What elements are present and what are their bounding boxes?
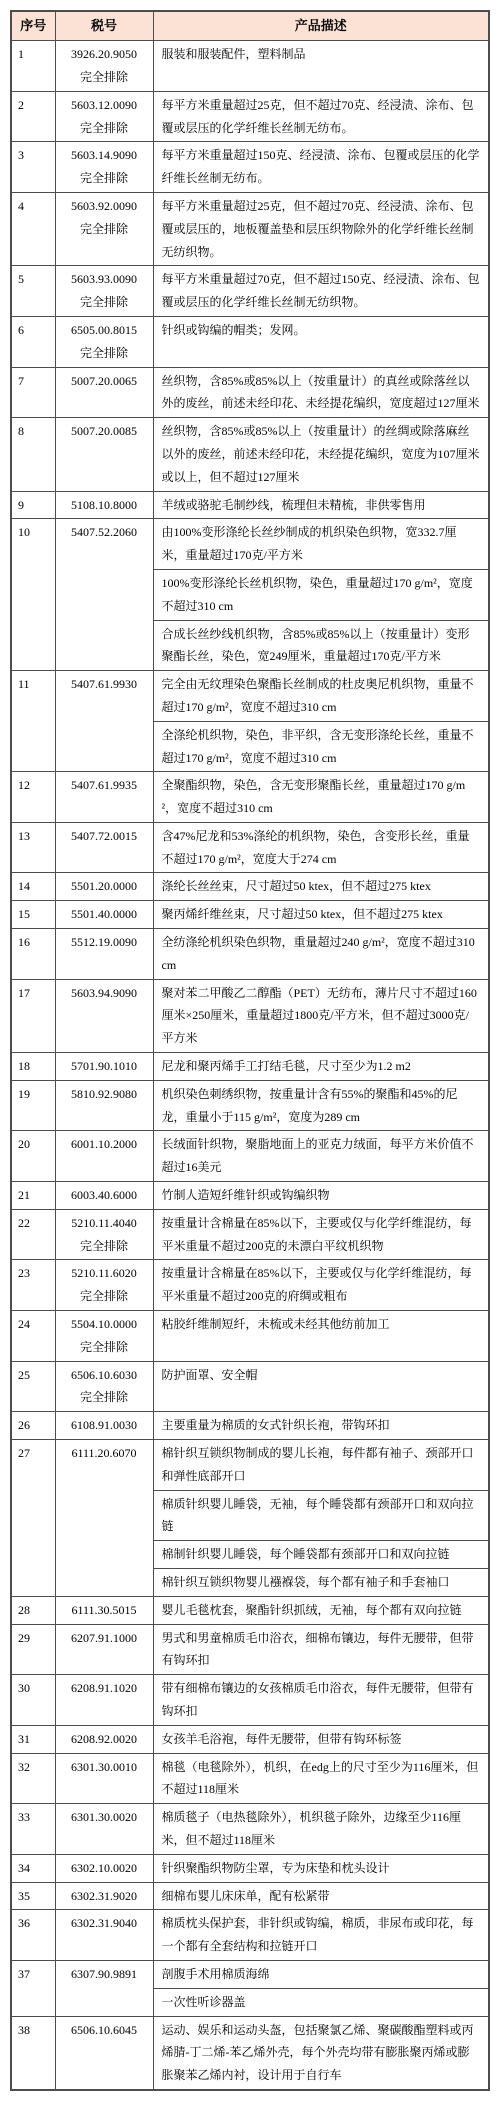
tax-code-cell: 5501.40.0000: [55, 901, 153, 929]
description-item: 每平方米重量超过25克，但不超过70克、经浸渍、涂布、包覆或层压的化学纤维长丝制…: [154, 92, 489, 142]
tax-code-cell: 5603.94.9090: [55, 979, 153, 1052]
row-number-cell: 24: [11, 1311, 55, 1362]
tax-code: 5701.90.1010: [58, 1055, 151, 1078]
row-number-cell: 28: [11, 1596, 55, 1624]
table-row: 376307.90.9891剖腹手术用棉质海绵一次性听诊器盖: [11, 1960, 489, 2016]
tax-code-cell: 6208.91.1020: [55, 1675, 153, 1726]
row-number-cell: 7: [11, 367, 55, 418]
product-description-cell: 服装和服装配件，塑料制品: [153, 41, 489, 92]
tax-code: 5007.20.0085: [58, 420, 151, 443]
row-number-cell: 21: [11, 1182, 55, 1210]
tax-code-cell: 5210.11.4040完全排除: [55, 1209, 153, 1260]
exclusion-label: 完全排除: [58, 66, 151, 89]
row-number-cell: 37: [11, 1960, 55, 2016]
tax-code: 6301.30.0020: [58, 1806, 151, 1829]
product-description-cell: 含47%尼龙和53%涤纶的机织物，染色，含变形长丝，重量不超过170 g/m²，…: [153, 822, 489, 873]
tax-code: 5407.72.0015: [58, 825, 151, 848]
tax-code: 3926.20.9050: [58, 43, 151, 66]
tax-code-cell: 5603.12.0090完全排除: [55, 91, 153, 142]
description-item: 丝织物，含85%或85%以上（按重量计）的真丝或除落丝以外的废丝，前述未经印花、…: [154, 368, 489, 418]
tax-code: 6207.91.1000: [58, 1627, 151, 1650]
description-item: 聚丙烯纤维丝束，尺寸超过50 ktex，但不超过275 ktex: [154, 901, 489, 928]
table-row: 95108.10.8000羊绒或骆驼毛制纱线，梳理但未精梳，非供零售用: [11, 491, 489, 519]
product-description-cell: 每平方米重量超过25克，但不超过70克、经浸渍、涂布、包覆或层压的化学纤维长丝制…: [153, 91, 489, 142]
table-body: 13926.20.9050完全排除服装和服装配件，塑料制品25603.12.00…: [11, 41, 489, 2090]
product-description-cell: 机织染色刺绣织物，按重量计含有55%的聚酯和45%的尼龙，重量小于115 g/m…: [153, 1080, 489, 1131]
row-number-cell: 32: [11, 1753, 55, 1804]
description-item: 全涤纶机织物，染色，非平织，含无变形涤纶长丝，重量不超过170 g/m²，宽度不…: [154, 721, 489, 772]
description-item: 棉制针织婴儿睡袋，每个睡袋都有颈部开口和双向拉链: [154, 1540, 489, 1568]
row-number-cell: 11: [11, 671, 55, 772]
tax-code-cell: 6307.90.9891: [55, 1960, 153, 2016]
description-item: 一次性听诊器盖: [154, 1988, 489, 2016]
tax-code: 5512.19.0090: [58, 931, 151, 954]
description-item: 男式和男童棉质毛巾浴衣，细棉布镶边，每件无腰带，但带有钩环扣: [154, 1625, 489, 1675]
table-row: 55603.93.0090完全排除每平方米重量超过70克，但不超过150克、经浸…: [11, 266, 489, 317]
table-row: 155501.40.0000聚丙烯纤维丝束，尺寸超过50 ktex，但不超过27…: [11, 901, 489, 929]
tax-code-cell: 3926.20.9050完全排除: [55, 41, 153, 92]
tax-code-cell: 5603.93.0090完全排除: [55, 266, 153, 317]
table-row: 386506.10.6045运动、娱乐和运动头盔，包括聚氯乙烯、聚碳酸酯塑料或丙…: [11, 2016, 489, 2090]
table-row: 25603.12.0090完全排除每平方米重量超过25克，但不超过70克、经浸渍…: [11, 91, 489, 142]
tax-code-cell: 5501.20.0000: [55, 873, 153, 901]
description-item: 运动、娱乐和运动头盔，包括聚氯乙烯、聚碳酸酯塑料或丙烯腈-丁二烯-苯乙烯外壳，每…: [154, 2017, 489, 2089]
table-row: 316208.92.0020女孩羊毛浴袍，每件无腰带，但带有钩环标签: [11, 1725, 489, 1753]
tax-code: 5810.92.9080: [58, 1083, 151, 1106]
tax-code: 6302.31.9040: [58, 1912, 151, 1935]
table-row: 185701.90.1010尼龙和聚丙烯手工打结毛毯，尺寸至少为1.2 m2: [11, 1053, 489, 1081]
row-number-cell: 10: [11, 519, 55, 671]
description-item: 全纺涤纶机织染色织物，重量超过240 g/m²，宽度不超过310 cm: [154, 929, 489, 979]
tax-code: 6301.30.0010: [58, 1756, 151, 1779]
tax-code-cell: 6506.10.6030完全排除: [55, 1361, 153, 1412]
table-row: 326301.30.0010棉毯（电毯除外），机织，在edg上的尺寸至少为116…: [11, 1753, 489, 1804]
row-number-cell: 20: [11, 1131, 55, 1182]
tax-code-cell: 6208.92.0020: [55, 1725, 153, 1753]
product-description-cell: 粘胶纤维制短纤，未梳或未经其他纺前加工: [153, 1311, 489, 1362]
tax-code: 5603.12.0090: [58, 94, 151, 117]
product-description-cell: 针织或钩编的帽类；发网。: [153, 316, 489, 367]
product-description-cell: 婴儿毛毯枕套，聚酯针织抓绒，无袖，每个都有双向拉链: [153, 1596, 489, 1624]
product-description-cell: 男式和男童棉质毛巾浴衣，细棉布镶边，每件无腰带，但带有钩环扣: [153, 1624, 489, 1675]
tax-code-cell: 6301.30.0010: [55, 1753, 153, 1804]
table-row: 296207.91.1000男式和男童棉质毛巾浴衣，细棉布镶边，每件无腰带，但带…: [11, 1624, 489, 1675]
tax-code-cell: 5512.19.0090: [55, 929, 153, 980]
table-row: 75007.20.0065丝织物，含85%或85%以上（按重量计）的真丝或除落丝…: [11, 367, 489, 418]
tax-code: 5407.61.9930: [58, 673, 151, 696]
tax-code: 5407.52.2060: [58, 521, 151, 544]
row-number-cell: 35: [11, 1882, 55, 1910]
tax-code: 6001.10.2000: [58, 1133, 151, 1156]
tax-code-cell: 5007.20.0085: [55, 418, 153, 491]
tax-code-cell: 6506.10.6045: [55, 2016, 153, 2090]
row-number-cell: 3: [11, 142, 55, 193]
tax-code-cell: 5407.61.9935: [55, 772, 153, 823]
row-number-cell: 23: [11, 1260, 55, 1311]
tax-code: 5210.11.4040: [58, 1212, 151, 1235]
tax-code-cell: 6111.20.6070: [55, 1440, 153, 1597]
row-number-cell: 27: [11, 1440, 55, 1597]
tax-code: 6111.30.5015: [58, 1599, 151, 1622]
tax-code: 5603.94.9090: [58, 982, 151, 1005]
tax-code: 6003.40.6000: [58, 1184, 151, 1207]
tax-code-cell: 5407.61.9930: [55, 671, 153, 772]
table-row: 225210.11.4040完全排除按重量计含棉量在85%以下，主要或仅与化学纤…: [11, 1209, 489, 1260]
description-item: 100%变形涤纶长丝机织物，染色，重量超过170 g/m²，宽度不超过310 c…: [154, 569, 489, 620]
description-item: 按重量计含棉量在85%以下，主要或仅与化学纤维混纺，每平米重量不超过200克的未…: [154, 1210, 489, 1260]
tax-code-cell: 5603.92.0090完全排除: [55, 192, 153, 265]
tax-code: 6108.91.0030: [58, 1414, 151, 1437]
table-row: 165512.19.0090全纺涤纶机织染色织物，重量超过240 g/m²，宽度…: [11, 929, 489, 980]
description-item: 涤纶长丝丝束，尺寸超过50 ktex，但不超过275 ktex: [154, 873, 489, 900]
description-item: 棉质针织婴儿睡袋，无袖，每个睡袋都有颈部开口和双向拉链: [154, 1490, 489, 1541]
product-description-cell: 棉毯（电毯除外），机织，在edg上的尺寸至少为116厘米，但不超过118厘米: [153, 1753, 489, 1804]
row-number-cell: 26: [11, 1412, 55, 1440]
product-description-cell: 带有细棉布镶边的女孩棉质毛巾浴衣，每件无腰带，但带有钩环扣: [153, 1675, 489, 1726]
table-row: 235210.11.6020完全排除按重量计含棉量在85%以下，主要或仅与化学纤…: [11, 1260, 489, 1311]
exclusion-label: 完全排除: [58, 117, 151, 140]
exclusion-label: 完全排除: [58, 218, 151, 241]
product-description-cell: 丝织物，含85%或85%以上（按重量计）的真丝或除落丝以外的废丝，前述未经印花、…: [153, 367, 489, 418]
row-number-cell: 31: [11, 1725, 55, 1753]
row-number-cell: 13: [11, 822, 55, 873]
table-row: 336301.30.0020棉质毯子（电热毯除外），机织毯子除外，边缘至少116…: [11, 1804, 489, 1855]
product-description-cell: 每平方米重量超过70克，但不超过150克、经浸渍、涂布、包覆或层压的化学纤维长丝…: [153, 266, 489, 317]
table-row: 85007.20.0085丝织物，含85%或85%以上（按重量计）的丝绸或除落麻…: [11, 418, 489, 491]
description-item: 尼龙和聚丙烯手工打结毛毯，尺寸至少为1.2 m2: [154, 1053, 489, 1080]
row-number-cell: 18: [11, 1053, 55, 1081]
tax-code-cell: 5701.90.1010: [55, 1053, 153, 1081]
table-row: 175603.94.9090聚对苯二甲酸乙二醇酯（PET）无纺布，薄片尺寸不超过…: [11, 979, 489, 1052]
description-item: 合成长丝纱线机织物，含85%或85%以上（按重量计）变形聚酯长丝，染色，宽249…: [154, 620, 489, 671]
table-row: 276111.20.6070棉针织互锁织物制成的婴儿长袍，每件都有袖子、颈部开口…: [11, 1440, 489, 1597]
description-item: 棉质毯子（电热毯除外），机织毯子除外，边缘至少116厘米，但不超过118厘米: [154, 1804, 489, 1854]
table-row: 145501.20.0000涤纶长丝丝束，尺寸超过50 ktex，但不超过275…: [11, 873, 489, 901]
row-number-cell: 2: [11, 91, 55, 142]
description-item: 含47%尼龙和53%涤纶的机织物，染色，含变形长丝，重量不超过170 g/m²，…: [154, 823, 489, 873]
product-description-cell: 运动、娱乐和运动头盔，包括聚氯乙烯、聚碳酸酯塑料或丙烯腈-丁二烯-苯乙烯外壳，每…: [153, 2016, 489, 2090]
product-description-cell: 防护面罩、安全帽: [153, 1361, 489, 1412]
product-description-cell: 聚丙烯纤维丝束，尺寸超过50 ktex，但不超过275 ktex: [153, 901, 489, 929]
exclusion-label: 完全排除: [58, 167, 151, 190]
tax-code-cell: 5210.11.6020完全排除: [55, 1260, 153, 1311]
description-item: 每平方米重量超过150克、经浸渍、涂布、包覆或层压的化学纤维长丝制无纺布。: [154, 142, 489, 192]
tax-code-cell: 6108.91.0030: [55, 1412, 153, 1440]
product-description-cell: 剖腹手术用棉质海绵一次性听诊器盖: [153, 1960, 489, 2016]
description-item: 每平方米重量超过25克，但不超过70克、经浸渍、涂布、包覆或层压的，地板覆盖垫和…: [154, 193, 489, 265]
row-number-cell: 38: [11, 2016, 55, 2090]
tax-code: 5007.20.0065: [58, 370, 151, 393]
table-row: 125407.61.9935全聚酯织物，染色，含无变形聚酯长丝，重量超过170 …: [11, 772, 489, 823]
description-item: 服装和服装配件，塑料制品: [154, 41, 489, 68]
table-row: 105407.52.2060由100%变形涤纶长丝纱制成的机织染色织物，宽332…: [11, 519, 489, 671]
tax-code: 6208.92.0020: [58, 1728, 151, 1751]
description-item: 剖腹手术用棉质海绵: [154, 1961, 489, 1988]
column-header-no: 序号: [11, 11, 55, 41]
description-item: 细棉布婴儿床床单，配有松紧带: [154, 1883, 489, 1910]
table-row: 356302.31.9020细棉布婴儿床床单，配有松紧带: [11, 1882, 489, 1910]
tax-code: 5407.61.9935: [58, 774, 151, 797]
row-number-cell: 19: [11, 1080, 55, 1131]
tax-code-cell: 6301.30.0020: [55, 1804, 153, 1855]
product-description-cell: 每平方米重量超过150克、经浸渍、涂布、包覆或层压的化学纤维长丝制无纺布。: [153, 142, 489, 193]
product-description-cell: 棉针织互锁织物制成的婴儿长袍，每件都有袖子、颈部开口和弹性底部开口棉质针织婴儿睡…: [153, 1440, 489, 1597]
description-item: 全聚酯织物，染色，含无变形聚酯长丝，重量超过170 g/m²，宽度不超过310 …: [154, 772, 489, 822]
product-description-cell: 完全由无纹理染色聚酯长丝制成的杜皮奥尼机织物，重量不超过170 g/m²，宽度不…: [153, 671, 489, 772]
product-description-cell: 女孩羊毛浴袍，每件无腰带，但带有钩环标签: [153, 1725, 489, 1753]
product-description-cell: 由100%变形涤纶长丝纱制成的机织染色织物，宽332.7厘米，重量超过170克/…: [153, 519, 489, 671]
description-item: 完全由无纹理染色聚酯长丝制成的杜皮奥尼机织物，重量不超过170 g/m²，宽度不…: [154, 671, 489, 721]
tax-code-cell: 6003.40.6000: [55, 1182, 153, 1210]
table-row: 256506.10.6030完全排除防护面罩、安全帽: [11, 1361, 489, 1412]
tax-code: 6307.90.9891: [58, 1963, 151, 1986]
description-item: 每平方米重量超过70克，但不超过150克、经浸渍、涂布、包覆或层压的化学纤维长丝…: [154, 266, 489, 316]
tariff-table: 序号 税号 产品描述 13926.20.9050完全排除服装和服装配件，塑料制品…: [10, 10, 490, 2091]
product-description-cell: 主要重量为棉质的女式针织长袍，带钩环扣: [153, 1412, 489, 1440]
description-item: 棉针织互锁织物制成的婴儿长袍，每件都有袖子、颈部开口和弹性底部开口: [154, 1440, 489, 1490]
tax-code-cell: 6111.30.5015: [55, 1596, 153, 1624]
description-item: 长绒面针织物，聚脂地面上的亚克力绒面，每平方米价值不超过16美元: [154, 1131, 489, 1181]
tax-code: 5501.40.0000: [58, 903, 151, 926]
tax-code-cell: 5810.92.9080: [55, 1080, 153, 1131]
tax-code-cell: 5407.52.2060: [55, 519, 153, 671]
description-item: 棉毯（电毯除外），机织，在edg上的尺寸至少为116厘米，但不超过118厘米: [154, 1754, 489, 1804]
tax-code: 6505.00.8015: [58, 319, 151, 342]
table-row: 216003.40.6000竹制人造短纤维针织或钩编织物: [11, 1182, 489, 1210]
column-header-code: 税号: [55, 11, 153, 41]
tax-code-cell: 5007.20.0065: [55, 367, 153, 418]
tax-code: 5504.10.0000: [58, 1313, 151, 1336]
table-row: 135407.72.0015含47%尼龙和53%涤纶的机织物，染色，含变形长丝，…: [11, 822, 489, 873]
header-row: 序号 税号 产品描述: [11, 11, 489, 41]
tax-code: 6506.10.6045: [58, 2019, 151, 2042]
row-number-cell: 6: [11, 316, 55, 367]
row-number-cell: 22: [11, 1209, 55, 1260]
product-description-cell: 每平方米重量超过25克，但不超过70克、经浸渍、涂布、包覆或层压的，地板覆盖垫和…: [153, 192, 489, 265]
column-header-desc: 产品描述: [153, 11, 489, 41]
tax-code: 5108.10.8000: [58, 494, 151, 517]
exclusion-label: 完全排除: [58, 1285, 151, 1308]
tax-code: 5210.11.6020: [58, 1262, 151, 1285]
description-item: 带有细棉布镶边的女孩棉质毛巾浴衣，每件无腰带，但带有钩环扣: [154, 1675, 489, 1725]
table-row: 306208.91.1020带有细棉布镶边的女孩棉质毛巾浴衣，每件无腰带，但带有…: [11, 1675, 489, 1726]
tax-code: 5603.14.9090: [58, 144, 151, 167]
tax-code: 6302.31.9020: [58, 1885, 151, 1908]
product-description-cell: 长绒面针织物，聚脂地面上的亚克力绒面，每平方米价值不超过16美元: [153, 1131, 489, 1182]
tax-code-cell: 5108.10.8000: [55, 491, 153, 519]
description-item: 棉质枕头保护套，非针织或钩编，棉质，非尿布或印花，每一个都有全套结构和拉链开口: [154, 1910, 489, 1960]
row-number-cell: 34: [11, 1854, 55, 1882]
row-number-cell: 29: [11, 1624, 55, 1675]
tax-code-cell: 6207.91.1000: [55, 1624, 153, 1675]
row-number-cell: 1: [11, 41, 55, 92]
product-description-cell: 按重量计含棉量在85%以下，主要或仅与化学纤维混纺，每平米重量不超过200克的未…: [153, 1209, 489, 1260]
row-number-cell: 16: [11, 929, 55, 980]
exclusion-label: 完全排除: [58, 342, 151, 365]
product-description-cell: 涤纶长丝丝束，尺寸超过50 ktex，但不超过275 ktex: [153, 873, 489, 901]
product-description-cell: 针织聚酯织物防尘罩，专为床垫和枕头设计: [153, 1854, 489, 1882]
tax-code: 6302.10.0020: [58, 1857, 151, 1880]
tax-code: 5603.92.0090: [58, 195, 151, 218]
description-item: 婴儿毛毯枕套，聚酯针织抓绒，无袖，每个都有双向拉链: [154, 1597, 489, 1624]
row-number-cell: 9: [11, 491, 55, 519]
tax-code-cell: 5407.72.0015: [55, 822, 153, 873]
row-number-cell: 4: [11, 192, 55, 265]
tax-code: 6506.10.6030: [58, 1364, 151, 1387]
description-item: 针织或钩编的帽类；发网。: [154, 317, 489, 344]
table-row: 115407.61.9930完全由无纹理染色聚酯长丝制成的杜皮奥尼机织物，重量不…: [11, 671, 489, 772]
tax-code: 6208.91.1020: [58, 1677, 151, 1700]
tax-code: 5603.93.0090: [58, 268, 151, 291]
tax-code-cell: 6302.31.9040: [55, 1910, 153, 1961]
description-item: 由100%变形涤纶长丝纱制成的机织染色织物，宽332.7厘米，重量超过170克/…: [154, 519, 489, 569]
table-row: 35603.14.9090完全排除每平方米重量超过150克、经浸渍、涂布、包覆或…: [11, 142, 489, 193]
exclusion-label: 完全排除: [58, 1386, 151, 1409]
tax-code: 5501.20.0000: [58, 875, 151, 898]
exclusion-label: 完全排除: [58, 291, 151, 314]
tax-code-cell: 5603.14.9090完全排除: [55, 142, 153, 193]
description-item: 针织聚酯织物防尘罩，专为床垫和枕头设计: [154, 1855, 489, 1882]
table-row: 346302.10.0020针织聚酯织物防尘罩，专为床垫和枕头设计: [11, 1854, 489, 1882]
product-description-cell: 棉质毯子（电热毯除外），机织毯子除外，边缘至少116厘米，但不超过118厘米: [153, 1804, 489, 1855]
row-number-cell: 17: [11, 979, 55, 1052]
row-number-cell: 8: [11, 418, 55, 491]
description-item: 粘胶纤维制短纤，未梳或未经其他纺前加工: [154, 1311, 489, 1338]
description-item: 羊绒或骆驼毛制纱线，梳理但未精梳，非供零售用: [154, 492, 489, 519]
row-number-cell: 36: [11, 1910, 55, 1961]
table-row: 245504.10.0000完全排除粘胶纤维制短纤，未梳或未经其他纺前加工: [11, 1311, 489, 1362]
product-description-cell: 全纺涤纶机织染色织物，重量超过240 g/m²，宽度不超过310 cm: [153, 929, 489, 980]
table-row: 13926.20.9050完全排除服装和服装配件，塑料制品: [11, 41, 489, 92]
row-number-cell: 12: [11, 772, 55, 823]
description-item: 机织染色刺绣织物，按重量计含有55%的聚酯和45%的尼龙，重量小于115 g/m…: [154, 1081, 489, 1131]
tax-code: 6111.20.6070: [58, 1442, 151, 1465]
table-row: 45603.92.0090完全排除每平方米重量超过25克，但不超过70克、经浸渍…: [11, 192, 489, 265]
description-item: 女孩羊毛浴袍，每件无腰带，但带有钩环标签: [154, 1726, 489, 1753]
description-item: 棉针织互锁织物婴儿襁褓袋，每个都有袖子和手套袖口: [154, 1568, 489, 1596]
product-description-cell: 丝织物，含85%或85%以上（按重量计）的丝绸或除落麻丝以外的废丝，前述未经印花…: [153, 418, 489, 491]
product-description-cell: 棉质枕头保护套，非针织或钩编，棉质，非尿布或印花，每一个都有全套结构和拉链开口: [153, 1910, 489, 1961]
tax-code-cell: 6302.31.9020: [55, 1882, 153, 1910]
table-row: 266108.91.0030主要重量为棉质的女式针织长袍，带钩环扣: [11, 1412, 489, 1440]
description-item: 聚对苯二甲酸乙二醇酯（PET）无纺布，薄片尺寸不超过160厘米×250厘米，重量…: [154, 980, 489, 1052]
table-row: 195810.92.9080机织染色刺绣织物，按重量计含有55%的聚酯和45%的…: [11, 1080, 489, 1131]
description-item: 竹制人造短纤维针织或钩编织物: [154, 1182, 489, 1209]
description-item: 防护面罩、安全帽: [154, 1362, 489, 1389]
description-item: 主要重量为棉质的女式针织长袍，带钩环扣: [154, 1412, 489, 1439]
table-row: 206001.10.2000长绒面针织物，聚脂地面上的亚克力绒面，每平方米价值不…: [11, 1131, 489, 1182]
row-number-cell: 14: [11, 873, 55, 901]
product-description-cell: 全聚酯织物，染色，含无变形聚酯长丝，重量超过170 g/m²，宽度不超过310 …: [153, 772, 489, 823]
tax-code-cell: 6302.10.0020: [55, 1854, 153, 1882]
product-description-cell: 羊绒或骆驼毛制纱线，梳理但未精梳，非供零售用: [153, 491, 489, 519]
table-row: 66505.00.8015完全排除针织或钩编的帽类；发网。: [11, 316, 489, 367]
product-description-cell: 聚对苯二甲酸乙二醇酯（PET）无纺布，薄片尺寸不超过160厘米×250厘米，重量…: [153, 979, 489, 1052]
tax-code-cell: 6001.10.2000: [55, 1131, 153, 1182]
exclusion-label: 完全排除: [58, 1235, 151, 1258]
product-description-cell: 尼龙和聚丙烯手工打结毛毯，尺寸至少为1.2 m2: [153, 1053, 489, 1081]
row-number-cell: 33: [11, 1804, 55, 1855]
description-item: 丝织物，含85%或85%以上（按重量计）的丝绸或除落麻丝以外的废丝，前述未经印花…: [154, 418, 489, 490]
product-description-cell: 按重量计含棉量在85%以下，主要或仅与化学纤维混纺，每平米重量不超过200克的府…: [153, 1260, 489, 1311]
exclusion-label: 完全排除: [58, 1336, 151, 1359]
row-number-cell: 30: [11, 1675, 55, 1726]
tax-code-cell: 6505.00.8015完全排除: [55, 316, 153, 367]
tax-code-cell: 5504.10.0000完全排除: [55, 1311, 153, 1362]
row-number-cell: 25: [11, 1361, 55, 1412]
table-row: 286111.30.5015婴儿毛毯枕套，聚酯针织抓绒，无袖，每个都有双向拉链: [11, 1596, 489, 1624]
table-row: 366302.31.9040棉质枕头保护套，非针织或钩编，棉质，非尿布或印花，每…: [11, 1910, 489, 1961]
row-number-cell: 5: [11, 266, 55, 317]
product-description-cell: 细棉布婴儿床床单，配有松紧带: [153, 1882, 489, 1910]
product-description-cell: 竹制人造短纤维针织或钩编织物: [153, 1182, 489, 1210]
description-item: 按重量计含棉量在85%以下，主要或仅与化学纤维混纺，每平米重量不超过200克的府…: [154, 1260, 489, 1310]
row-number-cell: 15: [11, 901, 55, 929]
